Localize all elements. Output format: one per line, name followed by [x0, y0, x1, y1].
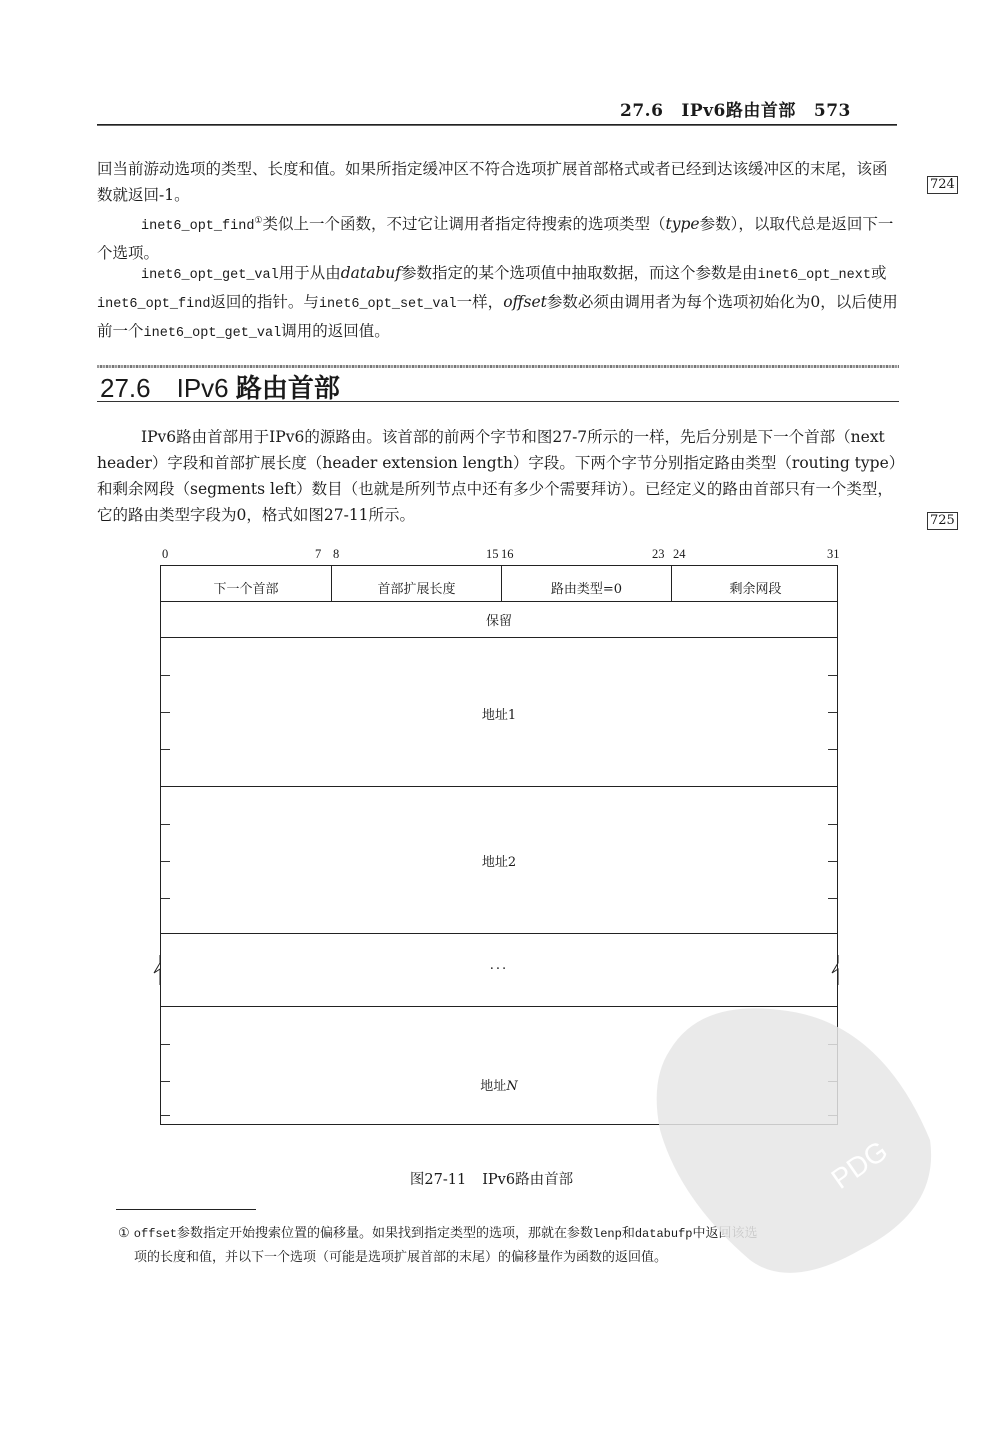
paragraph-3-text-e: 一样， [457, 293, 504, 311]
field-address-1: 地址1 [161, 704, 837, 723]
field-segments-left: 剩余网段 [671, 566, 839, 601]
paragraph-3-text-c: 或 [871, 264, 887, 282]
section-title-latin: IPv6 [177, 373, 229, 403]
paragraph-3-text-d: 返回的指针。与 [210, 293, 319, 311]
watermark-stamp-icon: PDG [640, 990, 940, 1290]
figure-title: IPv6路由首部 [482, 1172, 573, 1188]
footnote-rule [116, 1209, 256, 1210]
bit-label-31: 31 [827, 547, 840, 562]
param-offset: offset [503, 293, 547, 311]
margin-ref-724: 724 [927, 176, 958, 194]
paragraph-4: IPv6路由首部用于IPv6的源路由。该首部的前两个字节和图27-7所示的一样，… [97, 424, 902, 528]
header-rule [97, 124, 897, 126]
break-mark-left-icon [150, 955, 170, 985]
footnote-text-a: 参数指定开始搜索位置的偏移量。如果找到指定类型的选项，那就在参数 [177, 1226, 593, 1241]
field-address-2: 地址2 [161, 851, 837, 870]
paragraph-4-text: IPv6路由首部用于IPv6的源路由。该首部的前两个字节和图27-7所示的一样，… [97, 424, 902, 528]
field-next-header: 下一个首部 [161, 566, 331, 601]
code-lenp: lenp [593, 1227, 622, 1241]
param-type: type [666, 215, 700, 233]
code-inet6-opt-get-val: inet6_opt_get_val [141, 268, 279, 283]
diagram-row-address-1: 地址1 [161, 637, 837, 786]
paragraph-1-text: 回当前游动选项的类型、长度和值。如果所指定缓冲区不符合选项扩展首部格式或者已经到… [97, 156, 902, 208]
footnote-marker: ① [118, 1226, 130, 1241]
address-n-variable: N [506, 1079, 517, 1094]
paragraph-3: inet6_opt_get_val用于从由databuf参数指定的某个选项值中抽… [97, 260, 902, 347]
paragraph-2-text-a: 类似上一个函数，不过它让调用者指定待搜索的选项类型（ [263, 215, 666, 233]
code-inet6-opt-find-2: inet6_opt_find [97, 297, 210, 312]
running-header-title: IPv6路由首部 [681, 101, 795, 121]
bit-label-15: 15 [486, 547, 499, 562]
code-offset: offset [134, 1227, 177, 1241]
section-heading: 27.6IPv6 路由首部 [100, 368, 340, 405]
section-title-cjk: 路由首部 [236, 373, 340, 403]
section-number: 27.6 [100, 373, 151, 403]
bit-label-16: 16 [501, 547, 514, 562]
break-mark-right-icon [828, 955, 848, 985]
paragraph-2: inet6_opt_find①类似上一个函数，不过它让调用者指定待搜索的选项类型… [97, 208, 902, 266]
bit-label-7: 7 [315, 547, 321, 562]
bit-label-0: 0 [162, 547, 168, 562]
diagram-row-reserved: 保留 [161, 601, 837, 637]
paragraph-1: 回当前游动选项的类型、长度和值。如果所指定缓冲区不符合选项扩展首部格式或者已经到… [97, 156, 902, 208]
param-databuf: databuf [341, 264, 401, 282]
section-bottom-rule [97, 401, 899, 402]
diagram-row-header-fields: 下一个首部 首部扩展长度 路由类型=0 剩余网段 [161, 565, 837, 601]
page-number: 573 [814, 101, 851, 121]
ellipsis-label: ... [161, 958, 837, 973]
code-inet6-opt-set-val: inet6_opt_set_val [319, 297, 457, 312]
bit-label-8: 8 [333, 547, 339, 562]
figure-number: 图27-11 [410, 1172, 466, 1188]
field-header-ext-length: 首部扩展长度 [331, 566, 501, 601]
code-inet6-opt-find: inet6_opt_find [141, 219, 254, 234]
field-reserved: 保留 [161, 602, 837, 637]
paragraph-3-text-a: 用于从由 [279, 264, 341, 282]
running-header-section: 27.6 [620, 101, 663, 121]
paragraph-3-text-b: 参数指定的某个选项值中抽取数据，而这个参数是由 [401, 264, 758, 282]
field-routing-type: 路由类型=0 [501, 566, 671, 601]
paragraph-3-text-g: 调用的返回值。 [281, 322, 390, 340]
code-inet6-opt-next: inet6_opt_next [758, 268, 871, 283]
bit-label-23: 23 [652, 547, 665, 562]
running-header: 27.6IPv6路由首部573 [620, 96, 869, 121]
bit-label-24: 24 [673, 547, 686, 562]
margin-ref-725: 725 [927, 512, 958, 530]
code-inet6-opt-get-val-2: inet6_opt_get_val [144, 326, 282, 341]
address-n-prefix: 地址 [480, 1079, 506, 1094]
footnote-mark: ① [254, 216, 262, 226]
footnote-text-b: 和 [622, 1226, 635, 1241]
diagram-row-address-2: 地址2 [161, 786, 837, 933]
